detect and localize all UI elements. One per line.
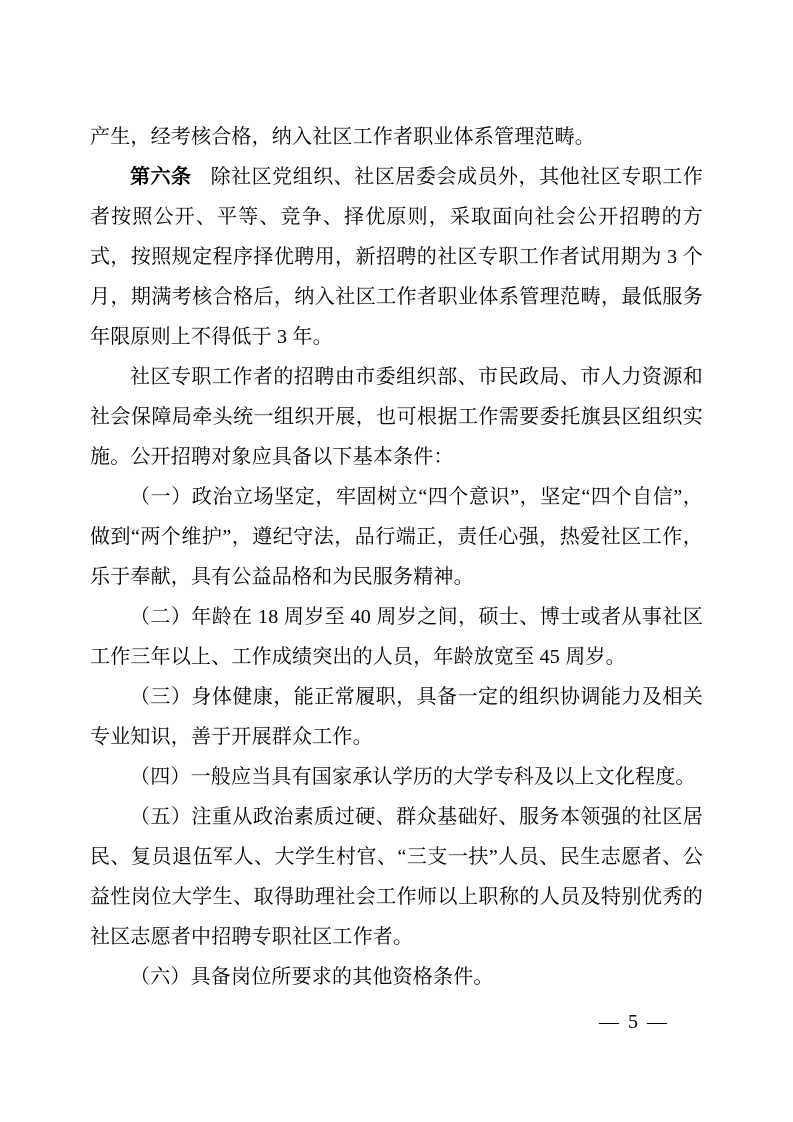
paragraph-recruitment: 社区专职工作者的招聘由市委组织部、市民政局、市人力资源和社会保障局牵头统一组织开… [90, 357, 703, 477]
paragraph-condition-6: （六）具备岗位所要求的其他资格条件。 [90, 957, 703, 997]
paragraph-condition-5: （五）注重从政治素质过硬、群众基础好、服务本领强的社区居民、复员退伍军人、大学生… [90, 797, 703, 957]
article-text: 除社区党组织、社区居委会成员外，其他社区专职工作者按照公开、平等、竞争、择优原则… [90, 166, 703, 348]
paragraph-condition-3: （三）身体健康，能正常履职，具备一定的组织协调能力及相关专业知识，善于开展群众工… [90, 677, 703, 757]
paragraph-condition-4: （四）一般应当具有国家承认学历的大学专科及以上文化程度。 [90, 757, 703, 797]
article-paragraph: 第六条除社区党组织、社区居委会成员外，其他社区专职工作者按照公开、平等、竞争、择… [90, 157, 703, 357]
paragraph-condition-1: （一）政治立场坚定，牢固树立“四个意识”，坚定“四个自信”，做到“两个维护”，遵… [90, 477, 703, 597]
page-number: — 5 — [90, 1007, 703, 1037]
paragraph-condition-2: （二）年龄在 18 周岁至 40 周岁之间，硕士、博士或者从事社区工作三年以上、… [90, 597, 703, 677]
paragraph-continuation: 产生，经考核合格，纳入社区工作者职业体系管理范畴。 [90, 117, 703, 157]
article-number: 第六条 [130, 166, 192, 188]
document-page: 产生，经考核合格，纳入社区工作者职业体系管理范畴。 第六条除社区党组织、社区居委… [0, 0, 793, 1122]
